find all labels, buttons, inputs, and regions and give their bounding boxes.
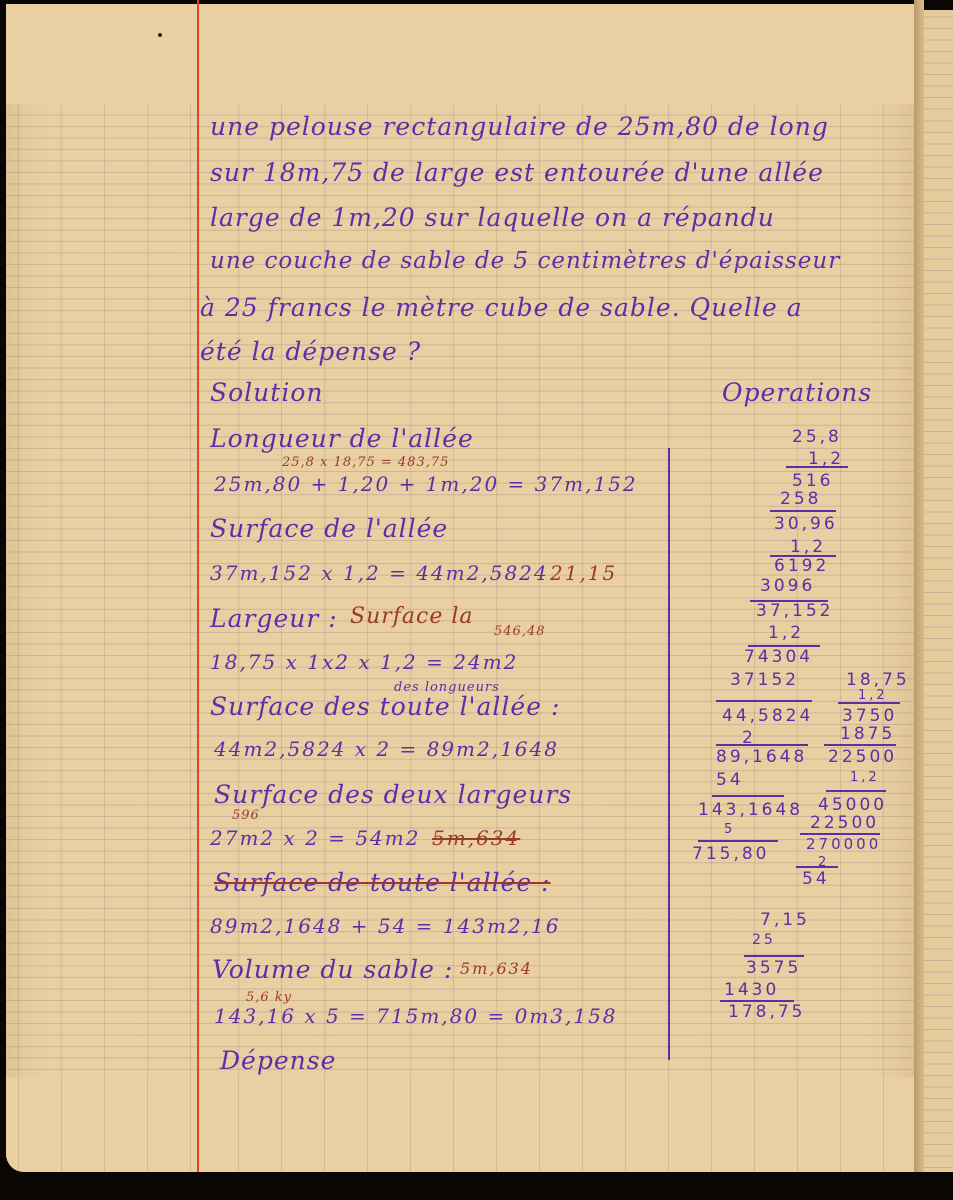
op-col2-row: 22500 [828,747,897,767]
op-col2-row: 45000 [818,795,887,815]
op-col1-row: 25,8 [792,427,842,447]
op-rule [796,866,838,868]
problem-line-2: sur 18m,75 de large est entourée d'une a… [210,158,824,187]
op-col1-row: 5 [724,822,735,837]
longueur-title: Longueur de l'allée [210,424,474,453]
op-col3-row: 25 [752,932,776,948]
longueur-calc: 25m,80 + 1,20 + 1m,20 = 37m,152 [214,472,638,496]
surface-largeurs-note: 596 [232,808,260,823]
op-col1-row: 89,1648 [716,747,807,767]
op-col2-row: 3750 [842,706,897,726]
op-rule [838,702,900,704]
op-rule [786,466,848,468]
op-col1-row: 258 [780,489,821,509]
solution-heading: Solution [210,378,323,407]
op-col2-row: 1,2 [858,688,888,703]
op-rule [698,840,778,842]
problem-line-3: large de 1m,20 sur laquelle on a répandu [210,203,775,232]
op-col1-row: 74304 [744,647,813,667]
op-col2-row: 1875 [840,724,895,744]
op-col2-row: 18,75 [846,670,910,690]
op-rule [716,744,808,746]
largeur-note: Surface la [350,604,474,629]
surface-longueurs-title: Surface des toute l'allée : [210,692,560,721]
volume-title: Volume du sable : [212,955,453,984]
op-col1-row: 6192 [774,556,829,576]
surface-largeurs-calc: 27m2 x 2 = 54m2 [210,826,420,850]
surface-largeurs-side: 5m,634 [432,826,520,850]
volume-value: 5m,634 [460,959,533,978]
volume-calc: 143,16 x 5 = 715m,80 = 0m3,158 [214,1004,618,1028]
surface-note: 21,15 [550,561,617,585]
op-col1-row: 516 [792,471,833,491]
op-rule [826,790,886,792]
op-col1-row: 44,5824 [722,706,813,726]
op-col1-row: 3096 [760,576,815,596]
op-col1-row: 54 [716,770,744,790]
ink-spot [158,33,162,37]
surface-longueurs-calc: 44m2,5824 x 2 = 89m2,1648 [214,737,559,761]
largeur-calc: 18,75 x 1x2 x 1,2 = 24m2 [210,650,518,674]
op-rule [716,700,812,702]
surface-title: Surface de l'allée [210,514,448,543]
op-col1-row: 143,1648 [698,800,803,820]
op-col2-row: 1,2 [850,770,880,785]
op-col1-row: 37,152 [756,601,833,621]
op-col2-row: 270000 [806,835,881,853]
red-margin-line [197,0,199,1172]
problem-line-1: une pelouse rectangulaire de 25m,80 de l… [210,112,829,141]
op-col3-row: 178,75 [728,1002,805,1022]
surface-calc: 37m,152 x 1,2 = 44m2,5824 [210,561,549,585]
op-col2-row: 54 [802,869,830,889]
operations-heading: Operations [722,378,872,407]
problem-line-4: une couche de sable de 5 centimètres d'é… [210,248,840,274]
op-col3-row: 7,15 [760,910,810,930]
op-col1-row: 30,96 [774,514,838,534]
notebook-gutter [914,0,924,1172]
op-col1-row: 1,2 [768,623,804,643]
surface-largeurs-title: Surface des deux largeurs [214,780,572,809]
op-col3-row: 1430 [724,980,779,1000]
op-col1-row: 37152 [730,670,799,690]
surface-totale-title: Surface de toute l'allée : [214,868,551,897]
longueur-note: 25,8 x 18,75 = 483,75 [282,455,449,470]
largeur-note-value: 546,48 [494,624,546,639]
largeur-title: Largeur : [210,604,338,633]
op-col2-row: 22500 [810,813,879,833]
op-rule [712,795,784,797]
op-col1-row: 715,80 [692,844,769,864]
next-page-edge [924,10,953,1172]
column-divider [668,448,670,1060]
surface-totale-calc: 89m2,1648 + 54 = 143m2,16 [210,914,560,938]
volume-note: 5,6 ky [246,990,292,1005]
op-col3-row: 3575 [746,958,801,978]
op-col1-row: 1,2 [790,537,826,557]
op-rule [744,955,804,957]
problem-line-6: été la dépense ? [200,337,421,366]
depense-title: Dépense [220,1046,336,1075]
op-rule [824,744,896,746]
problem-line-5: à 25 francs le mètre cube de sable. Quel… [200,293,803,322]
op-rule [770,510,836,512]
